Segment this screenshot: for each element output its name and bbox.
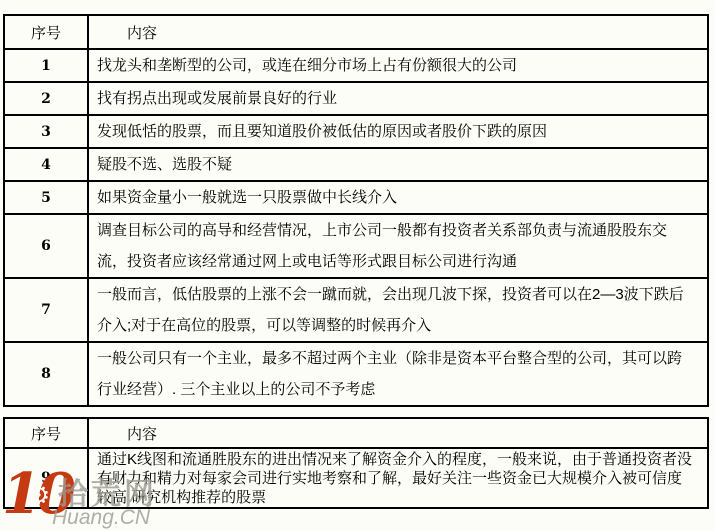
table-header-row: 序号 内容 (4, 15, 708, 49)
row-number: 2 (4, 82, 88, 115)
row-content: 如果资金量小一般就选一只股票做中长线介入 (88, 181, 708, 214)
table-row: 2找有拐点出现或发展前景良好的行业 (4, 82, 708, 115)
table-row: 5如果资金量小一般就选一只股票做中长线介入 (4, 181, 708, 214)
table-row: 8一般公司只有一个主业，最多不超过两个主业（除非是资本平台整合型的公司，其可以跨… (4, 342, 708, 406)
row-number: 1 (4, 49, 88, 82)
row-content: 发现低恬的股票，而且要知道股价被低估的原因或者股价下跌的原因 (88, 115, 708, 148)
header-cell-content: 内容 (88, 418, 708, 448)
row-number: 3 (4, 115, 88, 148)
row-content: 找龙头和垄断型的公司，或连在细分市场上占有份额很大的公司 (88, 49, 708, 82)
row-content: 一般公司只有一个主业，最多不超过两个主业（除非是资本平台整合型的公司，其可以跨行… (88, 342, 708, 406)
table-row: 6调查目标公司的高导和经营情况，上市公司一般都有投资者关系部负责与流通股股东交流… (4, 214, 708, 278)
watermark: 10 ⚙ 拾荒网 Huang.CN (0, 472, 230, 531)
row-number: 6 (4, 214, 88, 278)
gear-icon: ⚙ (27, 483, 50, 509)
header-cell-content: 内容 (88, 15, 708, 49)
row-content: 调查目标公司的高导和经营情况，上市公司一般都有投资者关系部负责与流通股股东交流，… (88, 214, 708, 278)
selection-criteria-table: 序号 内容 1找龙头和垄断型的公司，或连在细分市场上占有份额很大的公司2找有拐点… (3, 14, 709, 407)
header-cell-number: 序号 (4, 418, 88, 448)
page-background: { "table1": { "headers": { "col1": "序号",… (0, 0, 714, 531)
row-content: 找有拐点出现或发展前景良好的行业 (88, 82, 708, 115)
row-number: 8 (4, 342, 88, 406)
row-number: 4 (4, 148, 88, 181)
row-number: 5 (4, 181, 88, 214)
table-row: 7一般而言，低估股票的上涨不会一蹴而就，会出现几波下探，投资者可以在2—3波下跌… (4, 278, 708, 342)
table-row: 3发现低恬的股票，而且要知道股价被低估的原因或者股价下跌的原因 (4, 115, 708, 148)
row-number: 7 (4, 278, 88, 342)
table-row: 4疑股不选、选股不疑 (4, 148, 708, 181)
row-content: 疑股不选、选股不疑 (88, 148, 708, 181)
header-cell-number: 序号 (4, 15, 88, 49)
row-content: 一般而言，低估股票的上涨不会一蹴而就，会出现几波下探，投资者可以在2—3波下跌后… (88, 278, 708, 342)
watermark-domain: Huang.CN (52, 506, 150, 530)
table-header-row: 序号 内容 (4, 418, 708, 448)
table-row: 1找龙头和垄断型的公司，或连在细分市场上占有份额很大的公司 (4, 49, 708, 82)
